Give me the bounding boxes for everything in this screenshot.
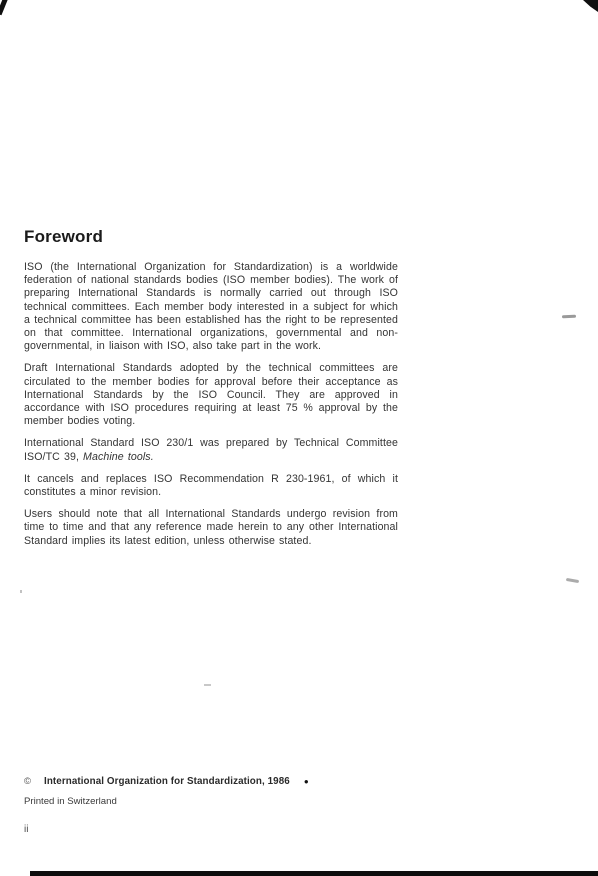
foreword-paragraph-1: ISO (the International Organization for … [24,261,398,353]
copyright-line: © International Organization for Standar… [24,776,309,787]
page-number: ii [24,824,28,835]
printed-in-note: Printed in Switzerland [24,796,117,807]
foreword-paragraph-2: Draft International Standards adopted by… [24,362,398,428]
scan-corner-mark-top-left [0,0,8,15]
scanned-document-page: { "foreword": { "heading": "Foreword", "… [0,0,598,876]
scan-edge-strip-bottom [30,871,598,876]
foreword-section: Foreword ISO (the International Organiza… [24,227,398,557]
foreword-paragraph-3-text: International Standard ISO 230/1 was pre… [24,437,398,462]
foreword-paragraph-3-italic: Machine tools. [83,451,154,463]
scan-artifact-speck-center [204,684,211,686]
scan-artifact-dash-right-upper [562,315,576,318]
scan-artifact-speck-left [20,590,22,593]
foreword-paragraph-3: International Standard ISO 230/1 was pre… [24,437,398,463]
scan-corner-mark-top-right [581,0,598,12]
scan-artifact-dash-right-lower [566,578,579,583]
copyright-icon: © [24,776,31,787]
page-title: Foreword [24,227,398,247]
copyright-text: International Organization for Standardi… [44,776,290,787]
foreword-paragraph-4: It cancels and replaces ISO Recommendati… [24,473,398,499]
foreword-paragraph-5: Users should note that all International… [24,508,398,548]
bullet-icon: ● [304,777,309,786]
